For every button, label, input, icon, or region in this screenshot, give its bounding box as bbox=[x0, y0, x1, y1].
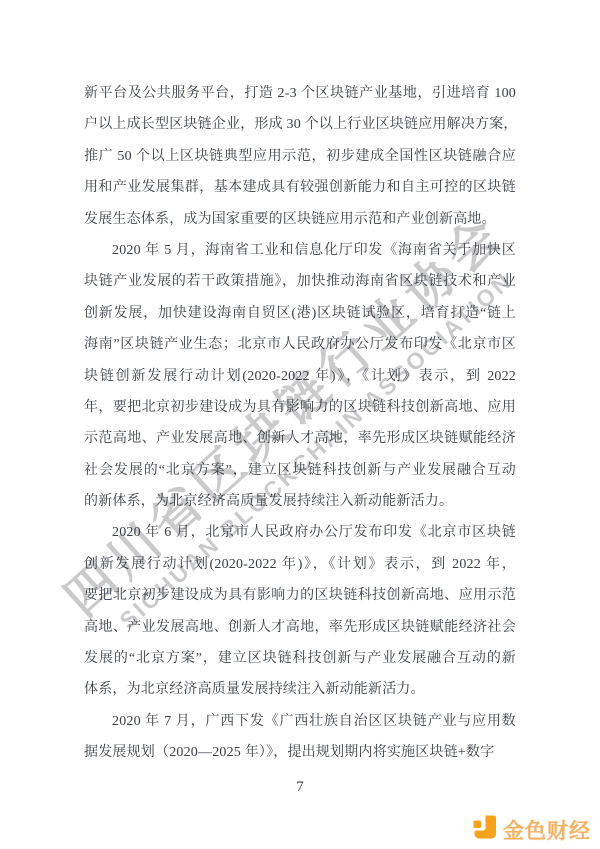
document-text-block: 新平台及公共服务平台，打造 2-3 个区块链产业基地，引进培育 100户以上成长… bbox=[84, 78, 516, 769]
text-line: 用和产业发展集群，基本建成具有较强创新能力和自主可控的区块链 bbox=[84, 172, 516, 203]
text-line: 创新发展，加快建设海南自贸区(港)区块链试验区，培育打造“链上 bbox=[84, 298, 516, 329]
text-line: 要把北京初步建设成为具有影响力的区块链科技创新高地、应用示范 bbox=[84, 580, 516, 611]
text-line: 的新体系，为北京经济高质量发展持续注入新动能新活力。 bbox=[84, 486, 516, 517]
text-line: 2020 年 7 月，广西下发《广西壮族自治区区块链产业与应用数 bbox=[84, 706, 516, 737]
text-line: 2020 年 5 月，海南省工业和信息化厅印发《海南省关于加快区 bbox=[84, 235, 516, 266]
text-line: 块链创新发展行动计划(2020-2022 年)》，《计划》表示，到 2022 bbox=[84, 361, 516, 392]
text-line: 块链产业发展的若干政策措施》，加快推动海南省区块链技术和产业 bbox=[84, 266, 516, 297]
text-line: 推广 50 个以上区块链典型应用示范，初步建成全国性区块链融合应 bbox=[84, 141, 516, 172]
document-page: 四川省区块链行业协会 SICHUAN BLOCKCHAIN ASSOCIATIO… bbox=[0, 0, 600, 849]
text-line: 2020 年 6 月，北京市人民政府办公厅发布印发《北京市区块链 bbox=[84, 517, 516, 548]
text-line: 据发展规划（2020—2025 年）》，提出规划期内将实施区块链+数字 bbox=[84, 737, 516, 768]
page-number: 7 bbox=[0, 779, 600, 796]
text-line: 新平台及公共服务平台，打造 2-3 个区块链产业基地，引进培育 100 bbox=[84, 78, 516, 109]
site-logo: 金色财经 bbox=[473, 814, 591, 845]
text-line: 示范高地、产业发展高地、创新人才高地，率先形成区块链赋能经济 bbox=[84, 423, 516, 454]
text-line: 社会发展的“北京方案”，建立区块链科技创新与产业发展融合互动 bbox=[84, 455, 516, 486]
text-line: 户以上成长型区块链企业，形成 30 个以上行业区块链应用解决方案， bbox=[84, 109, 516, 140]
site-logo-text: 金色财经 bbox=[503, 815, 591, 845]
text-line: 发展的“北京方案”，建立区块链科技创新与产业发展融合互动的新 bbox=[84, 643, 516, 674]
text-line: 海南”区块链产业生态；北京市人民政府办公厅发布印发《北京市区 bbox=[84, 329, 516, 360]
text-line: 年，要把北京初步建设成为具有影响力的区块链科技创新高地、应用 bbox=[84, 392, 516, 423]
text-line: 发展生态体系，成为国家重要的区块链应用示范和产业创新高地。 bbox=[84, 204, 516, 235]
jinse-finance-icon bbox=[473, 814, 498, 845]
text-line: 高地、产业发展高地、创新人才高地，率先形成区块链赋能经济社会 bbox=[84, 612, 516, 643]
text-line: 体系，为北京经济高质量发展持续注入新动能新活力。 bbox=[84, 674, 516, 705]
text-line: 创新发展行动计划(2020-2022 年)》，《计划》表示，到 2022 年， bbox=[84, 549, 516, 580]
